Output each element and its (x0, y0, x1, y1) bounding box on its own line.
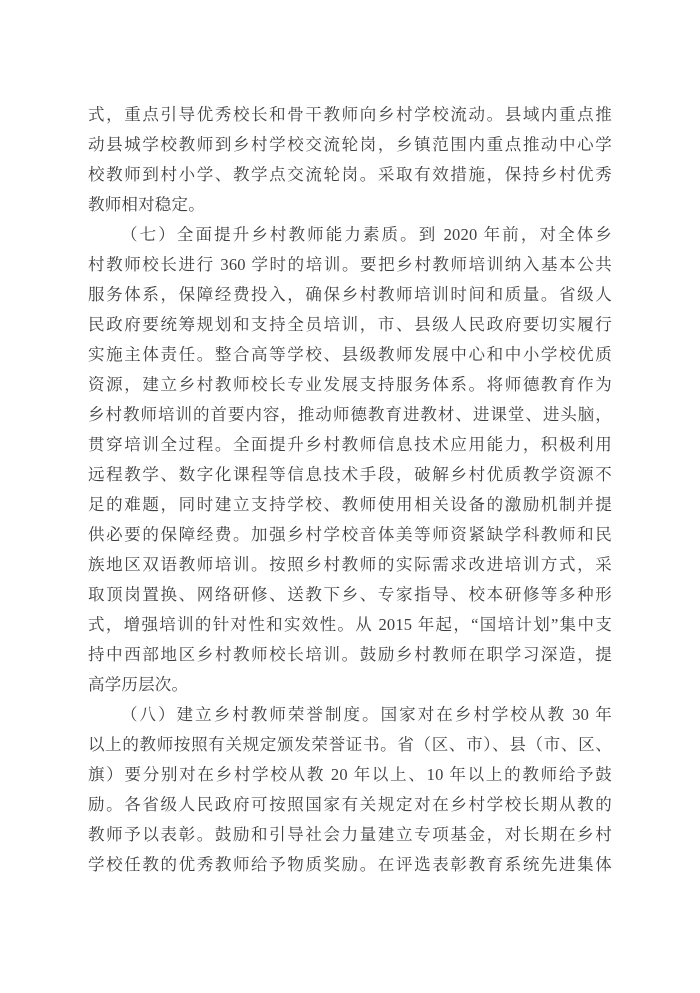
text-line: 以上的教师按照有关规定颁发荣誉证书。省（区、市）、县（市、区、 (88, 730, 612, 760)
text-line: 取顶岗置换、网络研修、送教下乡、专家指导、校本研修等多种形 (88, 580, 612, 610)
text-line: 高学历层次。 (88, 670, 612, 700)
text-line: 教师予以表彰。鼓励和引导社会力量建立专项基金，对长期在乡村 (88, 820, 612, 850)
text-line: 族地区双语教师培训。按照乡村教师的实际需求改进培训方式，采 (88, 550, 612, 580)
text-line: 学校任教的优秀教师给予物质奖励。在评选表彰教育系统先进集体 (88, 850, 612, 880)
text-line: （七）全面提升乡村教师能力素质。到 2020 年前，对全体乡 (88, 220, 612, 250)
text-line: 式，重点引导优秀校长和骨干教师向乡村学校流动。县域内重点推 (88, 100, 612, 130)
text-line: 动县城学校教师到乡村学校交流轮岗，乡镇范围内重点推动中心学 (88, 130, 612, 160)
text-line: 足的难题，同时建立支持学校、教师使用相关设备的激励机制并提 (88, 490, 612, 520)
text-line: 持中西部地区乡村教师校长培训。鼓励乡村教师在职学习深造，提 (88, 640, 612, 670)
text-line: 式，增强培训的针对性和实效性。从 2015 年起，“国培计划”集中支 (88, 610, 612, 640)
text-line: 供必要的保障经费。加强乡村学校音体美等师资紧缺学科教师和民 (88, 520, 612, 550)
text-line: 民政府要统筹规划和支持全员培训，市、县级人民政府要切实履行 (88, 310, 612, 340)
text-line: 贯穿培训全过程。全面提升乡村教师信息技术应用能力，积极利用 (88, 430, 612, 460)
paragraph: （七）全面提升乡村教师能力素质。到 2020 年前，对全体乡村教师校长进行 36… (88, 220, 612, 700)
text-line: 校教师到村小学、教学点交流轮岗。采取有效措施，保持乡村优秀 (88, 160, 612, 190)
text-line: 资源，建立乡村教师校长专业发展支持服务体系。将师德教育作为 (88, 370, 612, 400)
text-line: 实施主体责任。整合高等学校、县级教师发展中心和中小学校优质 (88, 340, 612, 370)
text-line: 乡村教师培训的首要内容，推动师德教育进教材、进课堂、进头脑， (88, 400, 612, 430)
text-line: （八）建立乡村教师荣誉制度。国家对在乡村学校从教 30 年 (88, 700, 612, 730)
text-line: 远程教学、数字化课程等信息技术手段，破解乡村优质教学资源不 (88, 460, 612, 490)
paragraph: （八）建立乡村教师荣誉制度。国家对在乡村学校从教 30 年以上的教师按照有关规定… (88, 700, 612, 880)
text-line: 教师相对稳定。 (88, 190, 612, 220)
text-line: 旗）要分别对在乡村学校从教 20 年以上、10 年以上的教师给予鼓 (88, 760, 612, 790)
document-text: 式，重点引导优秀校长和骨干教师向乡村学校流动。县域内重点推动县城学校教师到乡村学… (88, 100, 612, 880)
document-page: 式，重点引导优秀校长和骨干教师向乡村学校流动。县域内重点推动县城学校教师到乡村学… (0, 0, 700, 993)
paragraph: 式，重点引导优秀校长和骨干教师向乡村学校流动。县域内重点推动县城学校教师到乡村学… (88, 100, 612, 220)
text-line: 励。各省级人民政府可按照国家有关规定对在乡村学校长期从教的 (88, 790, 612, 820)
text-line: 村教师校长进行 360 学时的培训。要把乡村教师培训纳入基本公共 (88, 250, 612, 280)
text-line: 服务体系，保障经费投入，确保乡村教师培训时间和质量。省级人 (88, 280, 612, 310)
